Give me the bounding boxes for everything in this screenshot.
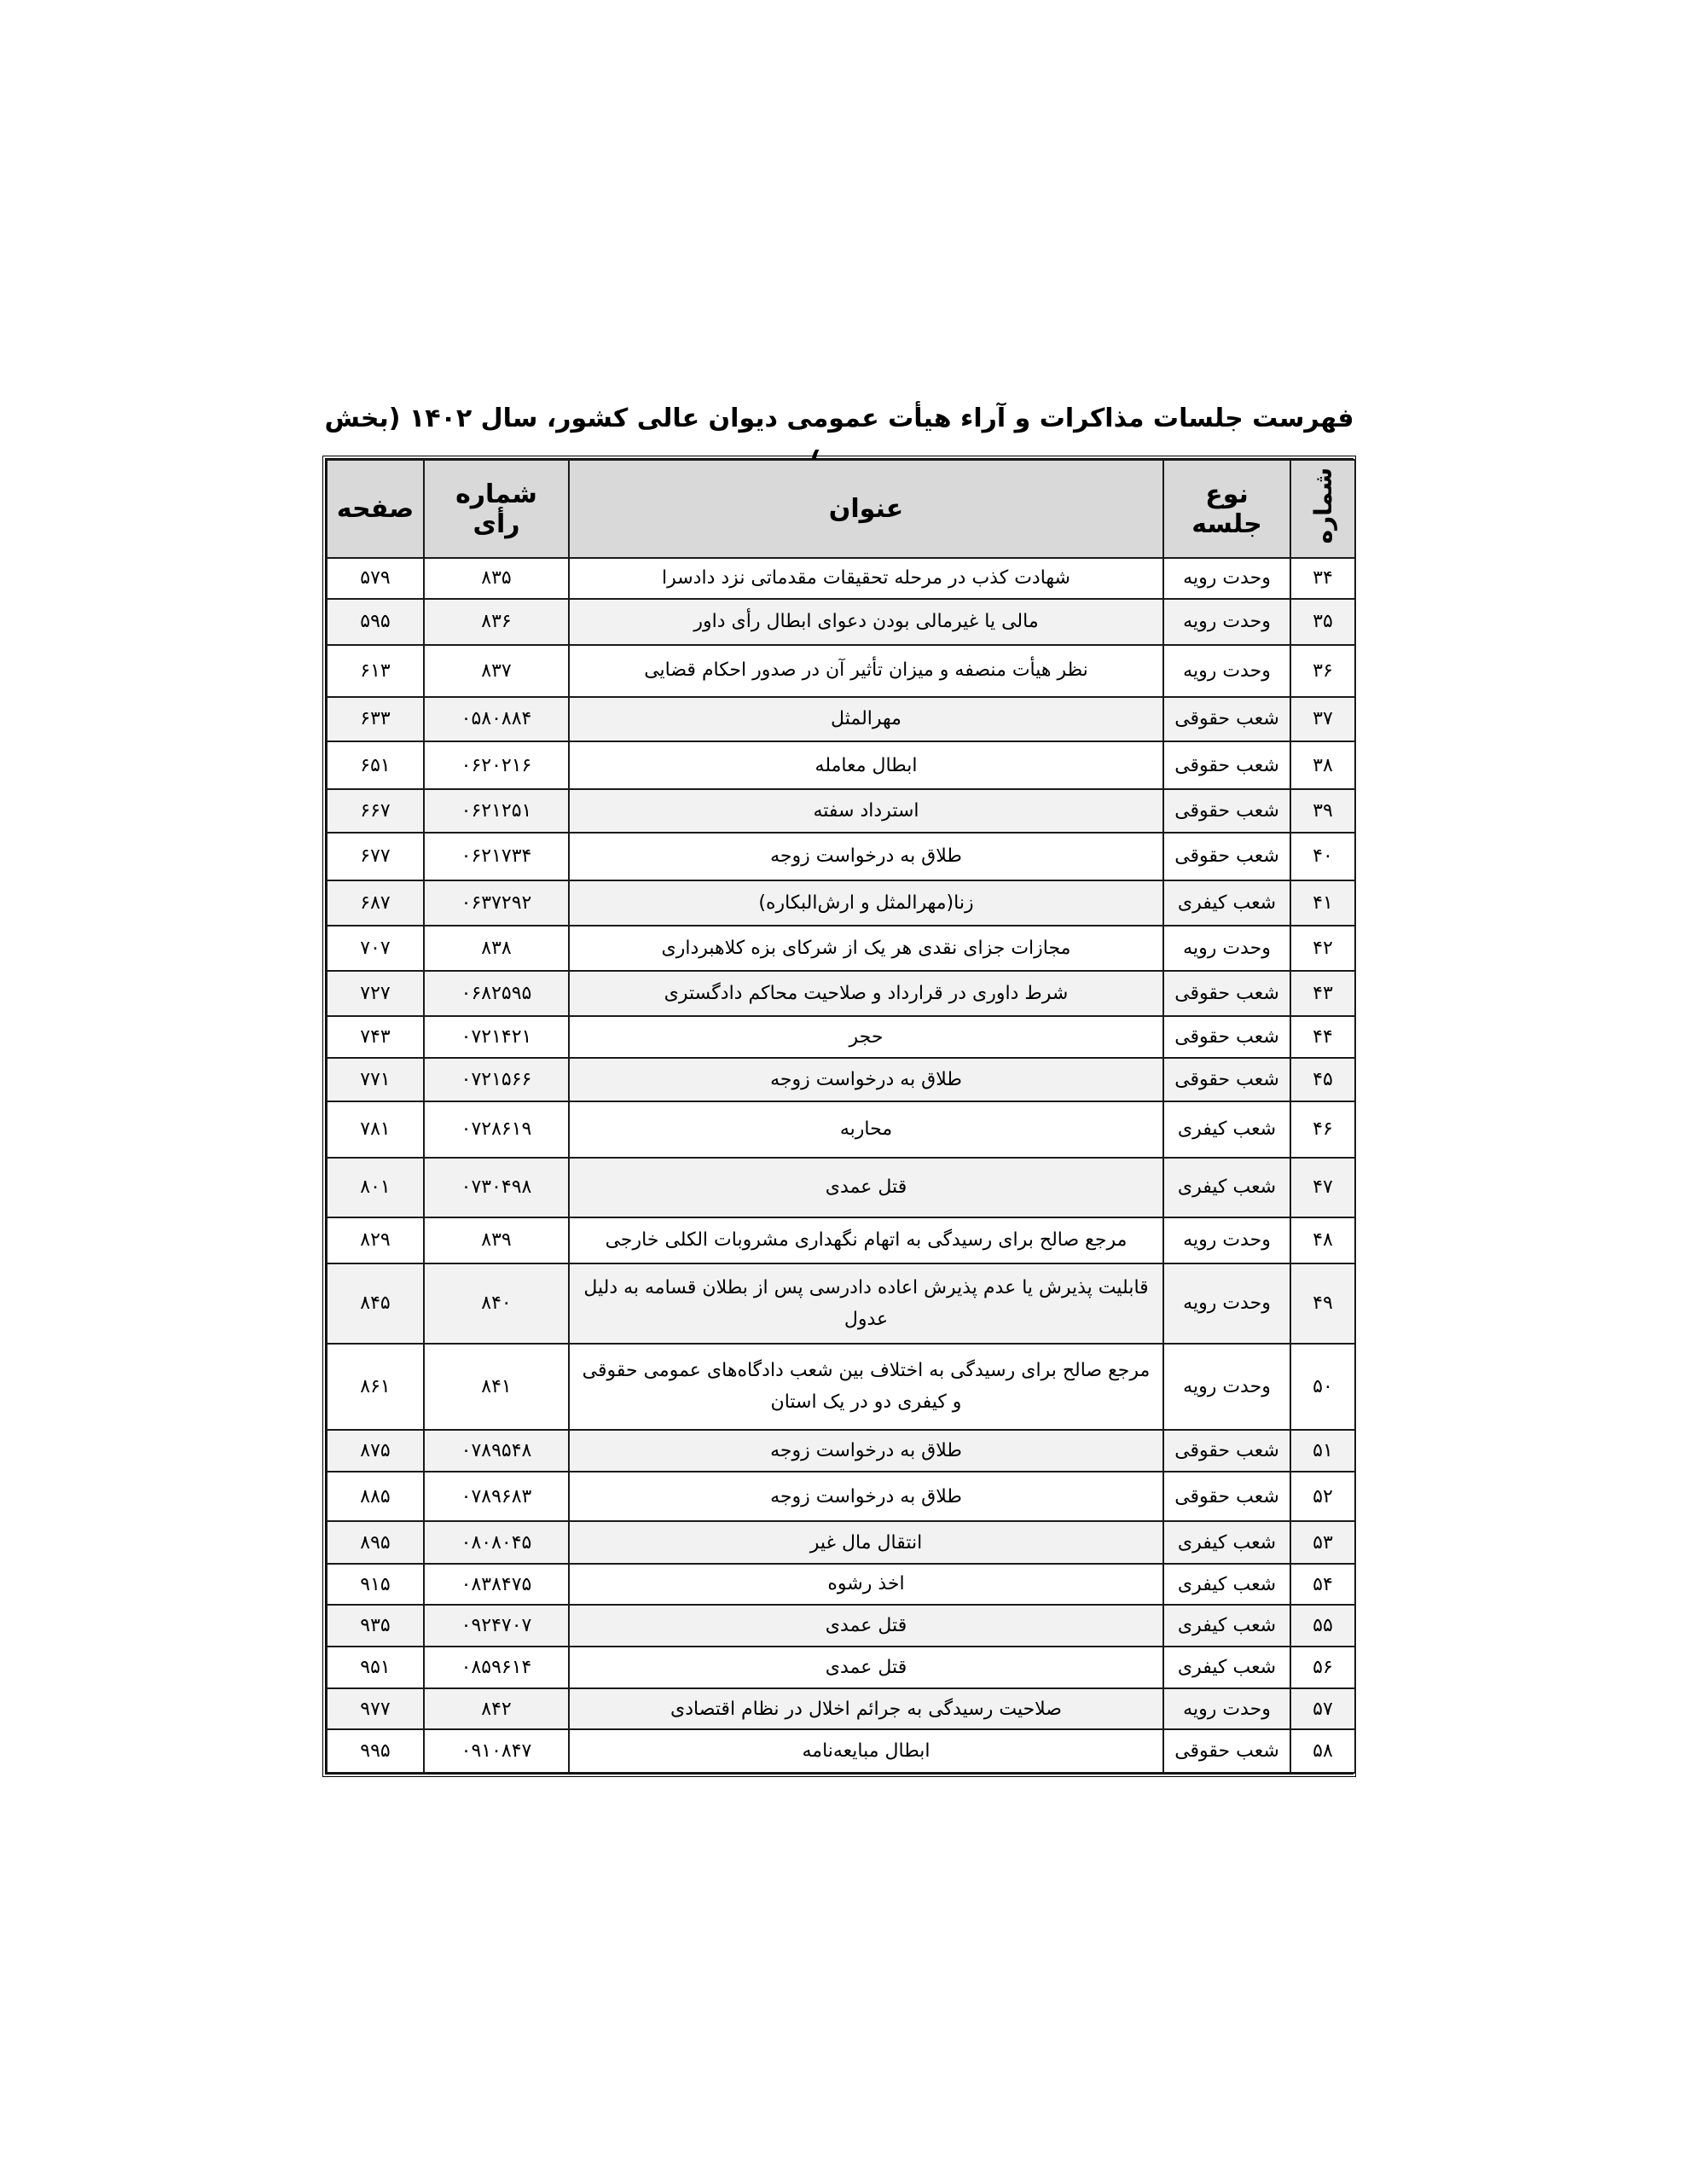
cell-title: طلاق به درخواست زوجه [569,1472,1163,1521]
cell-page: ۶۸۷ [327,880,424,926]
cell-number: ۳۶ [1290,645,1355,697]
cell-ruling-number: ۰۶۳۷۲۹۲ [424,880,569,926]
header-ruling-number: شماره رأی [424,460,569,558]
cell-number: ۳۹ [1290,789,1355,833]
cell-ruling-number: ۰۶۲۱۷۳۴ [424,833,569,880]
cell-ruling-number: ۰۶۲۱۲۵۱ [424,789,569,833]
table-row: ۴۴شعب حقوقیحجر۰۷۲۱۴۲۱۷۴۳ [327,1016,1355,1058]
table-row: ۳۹شعب حقوقیاسترداد سفته۰۶۲۱۲۵۱۶۶۷ [327,789,1355,833]
cell-ruling-number: ۰۹۲۴۷۰۷ [424,1605,569,1647]
cell-page: ۷۷۱ [327,1058,424,1101]
cell-page: ۵۹۵ [327,599,424,645]
header-page: صفحه [327,460,424,558]
cell-number: ۵۸ [1290,1729,1355,1773]
cell-title: مهرالمثل [569,697,1163,742]
cell-number: ۳۷ [1290,697,1355,742]
cell-title: قتل عمدی [569,1647,1163,1689]
table-row: ۴۹وحدت رویهقابلیت پذیرش یا عدم پذیرش اعا… [327,1263,1355,1344]
cell-title: مرجع صالح برای رسیدگی به اختلاف بین شعب … [569,1344,1163,1430]
cell-ruling-number: ۰۶۲۰۲۱۶ [424,741,569,789]
table-row: ۳۸شعب حقوقیابطال معامله۰۶۲۰۲۱۶۶۵۱ [327,741,1355,789]
cell-session-type: شعب کیفری [1163,1605,1290,1647]
cell-page: ۸۰۱ [327,1158,424,1217]
cell-page: ۸۹۵ [327,1521,424,1564]
cell-session-type: شعب حقوقی [1163,1430,1290,1472]
cell-page: ۹۷۷ [327,1688,424,1729]
cell-title: مرجع صالح برای رسیدگی به اتهام نگهداری م… [569,1217,1163,1263]
cell-number: ۴۱ [1290,880,1355,926]
cell-page: ۸۶۱ [327,1344,424,1430]
cell-page: ۶۱۳ [327,645,424,697]
cell-title: محاربه [569,1101,1163,1158]
table-row: ۴۸وحدت رویهمرجع صالح برای رسیدگی به اتها… [327,1217,1355,1263]
table-row: ۵۷وحدت رویهصلاحیت رسیدگی به جرائم اخلال … [327,1688,1355,1729]
cell-title: اخذ رشوه [569,1564,1163,1605]
cell-ruling-number: ۰۷۲۱۵۶۶ [424,1058,569,1101]
cell-session-type: شعب حقوقی [1163,1729,1290,1773]
cell-ruling-number: ۰۶۸۲۵۹۵ [424,971,569,1016]
table-row: ۵۲شعب حقوقیطلاق به درخواست زوجه۰۷۸۹۶۸۳۸۸… [327,1472,1355,1521]
cell-page: ۸۸۵ [327,1472,424,1521]
cell-ruling-number: ۰۸۵۹۶۱۴ [424,1647,569,1689]
cell-page: ۸۴۵ [327,1263,424,1344]
cell-session-type: شعب حقوقی [1163,697,1290,742]
cell-number: ۴۴ [1290,1016,1355,1058]
cell-title: ابطال مبایعه‌نامه [569,1729,1163,1773]
index-table-frame: شماره نوع جلسه عنوان شماره رأی صفحه ۳۴وح… [322,456,1356,1777]
cell-session-type: شعب حقوقی [1163,1472,1290,1521]
cell-session-type: وحدت رویه [1163,645,1290,697]
cell-ruling-number: ۰۷۸۹۵۴۸ [424,1430,569,1472]
cell-session-type: شعب کیفری [1163,1647,1290,1689]
cell-title: انتقال مال غیر [569,1521,1163,1564]
cell-page: ۷۰۷ [327,926,424,972]
cell-number: ۴۳ [1290,971,1355,1016]
cell-number: ۵۰ [1290,1344,1355,1430]
cell-ruling-number: ۰۷۳۰۴۹۸ [424,1158,569,1217]
cell-ruling-number: ۸۴۰ [424,1263,569,1344]
cell-page: ۶۵۱ [327,741,424,789]
cell-number: ۳۸ [1290,741,1355,789]
table-row: ۴۱شعب کیفریزنا(مهرالمثل و ارش‌البکاره)۰۶… [327,880,1355,926]
table-row: ۳۵وحدت رویهمالی یا غیرمالی بودن دعوای اب… [327,599,1355,645]
table-row: ۵۶شعب کیفریقتل عمدی۰۸۵۹۶۱۴۹۵۱ [327,1647,1355,1689]
table-row: ۳۶وحدت رویهنظر هیأت منصفه و میزان تأثیر … [327,645,1355,697]
page-title: فهرست جلسات مذاکرات و آراء هیأت عمومی دی… [322,398,1356,440]
header-session-type: نوع جلسه [1163,460,1290,558]
cell-title: قتل عمدی [569,1605,1163,1647]
cell-session-type: شعب حقوقی [1163,833,1290,880]
cell-session-type: وحدت رویه [1163,926,1290,972]
cell-ruling-number: ۰۷۸۹۶۸۳ [424,1472,569,1521]
cell-session-type: شعب حقوقی [1163,1016,1290,1058]
table-row: ۴۷شعب کیفریقتل عمدی۰۷۳۰۴۹۸۸۰۱ [327,1158,1355,1217]
cell-ruling-number: ۸۳۸ [424,926,569,972]
cell-ruling-number: ۰۷۲۱۴۲۱ [424,1016,569,1058]
cell-ruling-number: ۸۴۱ [424,1344,569,1430]
table-row: ۵۴شعب کیفریاخذ رشوه۰۸۳۸۴۷۵۹۱۵ [327,1564,1355,1605]
table-row: ۴۰شعب حقوقیطلاق به درخواست زوجه۰۶۲۱۷۳۴۶۷… [327,833,1355,880]
cell-title: حجر [569,1016,1163,1058]
cell-number: ۵۴ [1290,1564,1355,1605]
cell-page: ۹۵۱ [327,1647,424,1689]
cell-title: زنا(مهرالمثل و ارش‌البکاره) [569,880,1163,926]
cell-number: ۵۵ [1290,1605,1355,1647]
table-row: ۵۸شعب حقوقیابطال مبایعه‌نامه۰۹۱۰۸۴۷۹۹۵ [327,1729,1355,1773]
cell-number: ۴۲ [1290,926,1355,972]
cell-ruling-number: ۸۴۲ [424,1688,569,1729]
cell-session-type: شعب حقوقی [1163,789,1290,833]
cell-ruling-number: ۸۳۵ [424,558,569,599]
cell-session-type: شعب کیفری [1163,880,1290,926]
cell-page: ۶۶۷ [327,789,424,833]
cell-number: ۵۳ [1290,1521,1355,1564]
table-row: ۴۵شعب حقوقیطلاق به درخواست زوجه۰۷۲۱۵۶۶۷۷… [327,1058,1355,1101]
cell-title: شهادت کذب در مرحله تحقیقات مقدماتی نزد د… [569,558,1163,599]
header-title: عنوان [569,460,1163,558]
cell-page: ۸۲۹ [327,1217,424,1263]
cell-number: ۳۵ [1290,599,1355,645]
table-row: ۵۰وحدت رویهمرجع صالح برای رسیدگی به اختل… [327,1344,1355,1430]
cell-ruling-number: ۸۳۶ [424,599,569,645]
cell-title: طلاق به درخواست زوجه [569,833,1163,880]
table-row: ۴۲وحدت رویهمجازات جزای نقدی هر یک از شرک… [327,926,1355,972]
cell-ruling-number: ۰۷۲۸۶۱۹ [424,1101,569,1158]
cell-session-type: وحدت رویه [1163,1688,1290,1729]
table-header-row: شماره نوع جلسه عنوان شماره رأی صفحه [327,460,1355,558]
cell-number: ۴۰ [1290,833,1355,880]
cell-ruling-number: ۰۵۸۰۸۸۴ [424,697,569,742]
cell-ruling-number: ۸۳۷ [424,645,569,697]
cell-page: ۶۳۳ [327,697,424,742]
cell-number: ۵۶ [1290,1647,1355,1689]
cell-number: ۴۸ [1290,1217,1355,1263]
cell-number: ۴۷ [1290,1158,1355,1217]
table-row: ۴۶شعب کیفریمحاربه۰۷۲۸۶۱۹۷۸۱ [327,1101,1355,1158]
cell-title: مجازات جزای نقدی هر یک از شرکای بزه کلاه… [569,926,1163,972]
table-row: ۴۳شعب حقوقیشرط داوری در قرارداد و صلاحیت… [327,971,1355,1016]
cell-ruling-number: ۸۳۹ [424,1217,569,1263]
cell-ruling-number: ۰۹۱۰۸۴۷ [424,1729,569,1773]
cell-session-type: وحدت رویه [1163,558,1290,599]
cell-number: ۵۱ [1290,1430,1355,1472]
cell-title: طلاق به درخواست زوجه [569,1058,1163,1101]
cell-session-type: شعب حقوقی [1163,1058,1290,1101]
cell-title: قتل عمدی [569,1158,1163,1217]
cell-number: ۴۵ [1290,1058,1355,1101]
cell-page: ۸۷۵ [327,1430,424,1472]
table-row: ۵۵شعب کیفریقتل عمدی۰۹۲۴۷۰۷۹۳۵ [327,1605,1355,1647]
cell-page: ۷۴۳ [327,1016,424,1058]
cell-session-type: شعب کیفری [1163,1101,1290,1158]
header-number: شماره [1290,460,1355,558]
cell-number: ۴۶ [1290,1101,1355,1158]
cell-title: ابطال معامله [569,741,1163,789]
cell-title: صلاحیت رسیدگی به جرائم اخلال در نظام اقت… [569,1688,1163,1729]
cell-title: طلاق به درخواست زوجه [569,1430,1163,1472]
cell-session-type: وحدت رویه [1163,1344,1290,1430]
cell-session-type: شعب کیفری [1163,1158,1290,1217]
cell-number: ۵۲ [1290,1472,1355,1521]
cell-session-type: وحدت رویه [1163,1263,1290,1344]
cell-session-type: شعب حقوقی [1163,971,1290,1016]
cell-ruling-number: ۰۸۳۸۴۷۵ [424,1564,569,1605]
cell-session-type: شعب کیفری [1163,1564,1290,1605]
cell-page: ۹۱۵ [327,1564,424,1605]
cell-page: ۷۸۱ [327,1101,424,1158]
cell-page: ۵۷۹ [327,558,424,599]
cell-number: ۳۴ [1290,558,1355,599]
cell-title: استرداد سفته [569,789,1163,833]
cell-title: مالی یا غیرمالی بودن دعوای ابطال رأی داو… [569,599,1163,645]
cell-session-type: شعب حقوقی [1163,741,1290,789]
cell-title: نظر هیأت منصفه و میزان تأثیر آن در صدور … [569,645,1163,697]
cell-ruling-number: ۰۸۰۸۰۴۵ [424,1521,569,1564]
header-number-label: شماره [1309,468,1337,543]
cell-page: ۷۲۷ [327,971,424,1016]
cell-title: قابلیت پذیرش یا عدم پذیرش اعاده دادرسی پ… [569,1263,1163,1344]
table-row: ۳۷شعب حقوقیمهرالمثل۰۵۸۰۸۸۴۶۳۳ [327,697,1355,742]
cell-number: ۴۹ [1290,1263,1355,1344]
cell-page: ۹۹۵ [327,1729,424,1773]
cell-number: ۵۷ [1290,1688,1355,1729]
cell-session-type: وحدت رویه [1163,599,1290,645]
table-row: ۳۴وحدت رویهشهادت کذب در مرحله تحقیقات مق… [327,558,1355,599]
cell-session-type: شعب کیفری [1163,1521,1290,1564]
table-row: ۵۱شعب حقوقیطلاق به درخواست زوجه۰۷۸۹۵۴۸۸۷… [327,1430,1355,1472]
cell-page: ۹۳۵ [327,1605,424,1647]
index-table: شماره نوع جلسه عنوان شماره رأی صفحه ۳۴وح… [326,459,1356,1774]
cell-page: ۶۷۷ [327,833,424,880]
cell-session-type: وحدت رویه [1163,1217,1290,1263]
table-row: ۵۳شعب کیفریانتقال مال غیر۰۸۰۸۰۴۵۸۹۵ [327,1521,1355,1564]
cell-title: شرط داوری در قرارداد و صلاحیت محاکم دادگ… [569,971,1163,1016]
